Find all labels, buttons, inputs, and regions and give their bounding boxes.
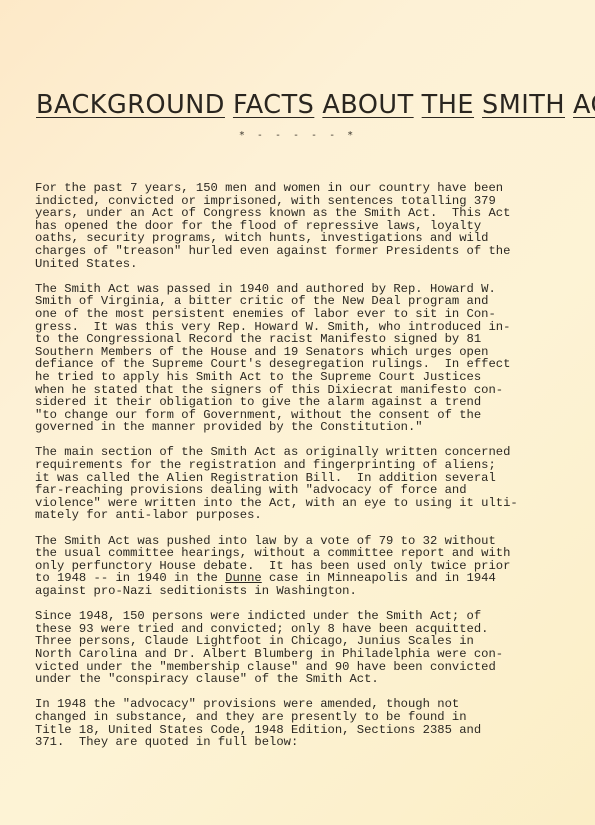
paragraph-main-section: The main section of the Smith Act as ori… [35, 446, 575, 522]
paragraph-intro: For the past 7 years, 150 men and women … [35, 182, 575, 270]
title-word: BACKGROUND [36, 90, 225, 120]
text-line: the usual committee hearings, without a … [35, 547, 575, 560]
text-line: 371. They are quoted in full below: [35, 736, 575, 749]
text-line: to the Congressional Record the racist M… [35, 333, 575, 346]
paragraph-indictments: Since 1948, 150 persons were indicted un… [35, 610, 575, 686]
paragraph-passage: The Smith Act was pushed into law by a v… [35, 535, 575, 598]
title-word: ACT [573, 90, 595, 120]
title-word: ABOUT [322, 90, 413, 120]
text-line: mately for anti-labor purposes. [35, 509, 575, 522]
document-body: For the past 7 years, 150 men and women … [35, 182, 575, 761]
text-line: governed in the manner provided by the C… [35, 421, 575, 434]
text-line: requirements for the registration and fi… [35, 459, 575, 472]
title-word: THE [422, 90, 474, 120]
text-line: years, under an Act of Congress known as… [35, 207, 575, 220]
text-line: against pro-Nazi seditionists in Washing… [35, 585, 575, 598]
section-divider-ornament: * - - - - - * [0, 130, 595, 141]
text-line: changed in substance, and they are prese… [35, 711, 575, 724]
text-line: he tried to apply his Smith Act to the S… [35, 371, 575, 384]
text-line: For the past 7 years, 150 men and women … [35, 182, 575, 195]
text-line: United States. [35, 258, 575, 271]
page-title: BACKGROUNDFACTSABOUTTHESMITHACT [36, 90, 560, 120]
text-line: under the "conspiracy clause" of the Smi… [35, 673, 575, 686]
text-line: one of the most persistent enemies of la… [35, 308, 575, 321]
text-line: Since 1948, 150 persons were indicted un… [35, 610, 575, 623]
title-word: SMITH [482, 90, 565, 120]
title-word: FACTS [233, 90, 314, 120]
paragraph-authorship: The Smith Act was passed in 1940 and aut… [35, 283, 575, 434]
paragraph-amendment: In 1948 the "advocacy" provisions were a… [35, 698, 575, 748]
text-line: charges of "treason" hurled even against… [35, 245, 575, 258]
text-line: far-reaching provisions dealing with "ad… [35, 484, 575, 497]
text-line: North Carolina and Dr. Albert Blumberg i… [35, 648, 575, 661]
document-page: BACKGROUNDFACTSABOUTTHESMITHACT * - - - … [0, 0, 595, 825]
text-line: sidered it their obligation to give the … [35, 396, 575, 409]
